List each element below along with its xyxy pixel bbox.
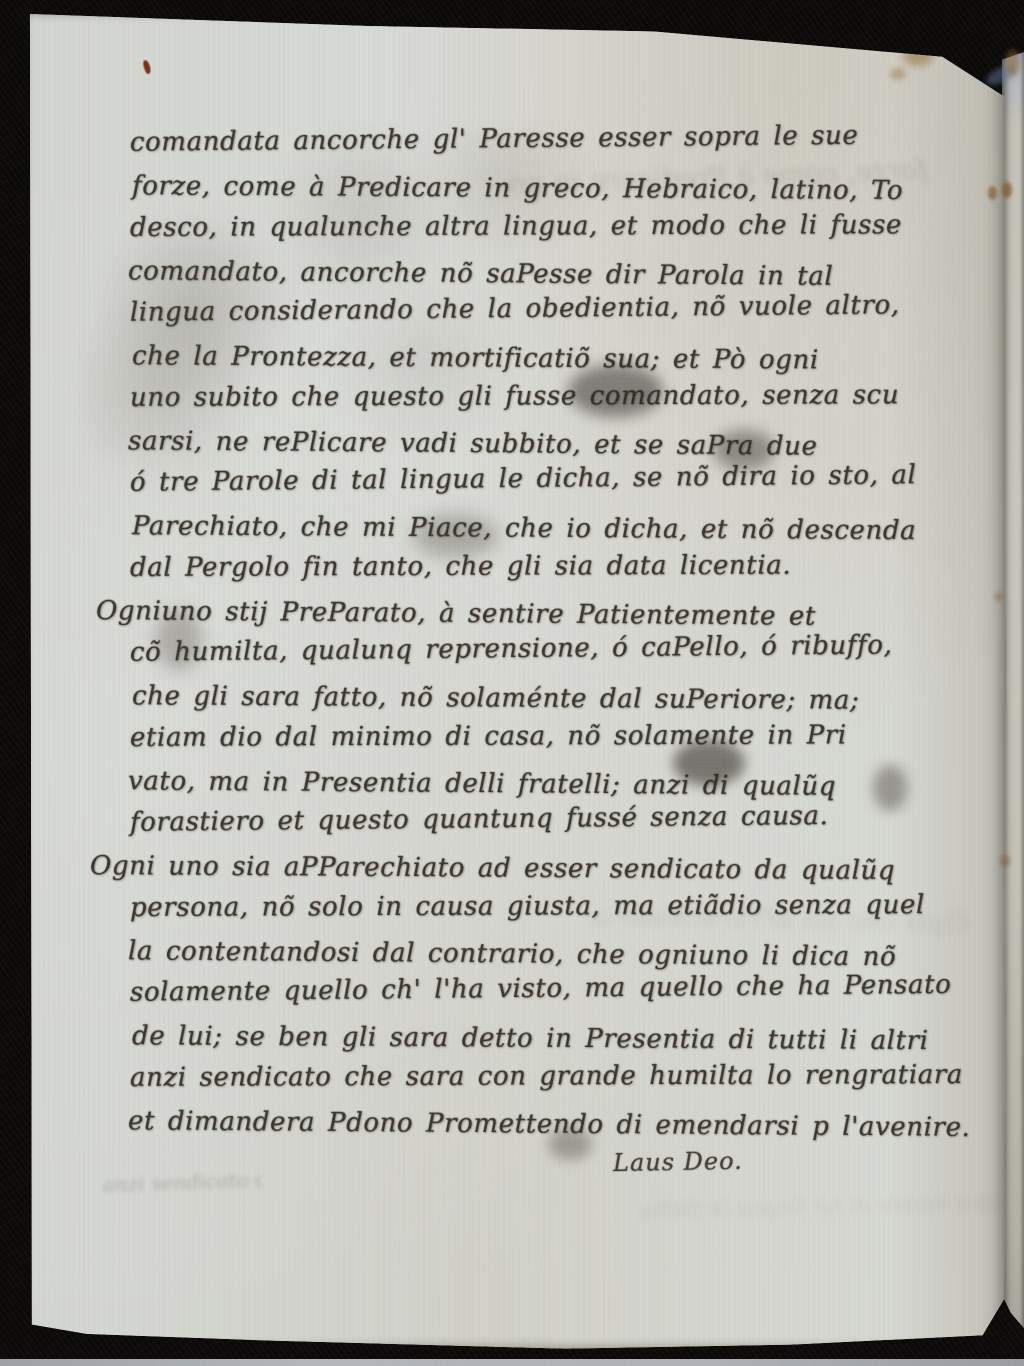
manuscript-line: anzi sendicato che sara con grande humil… <box>98 1060 908 1105</box>
manuscript-line: solamente quello ch' l'ha visto, ma quel… <box>98 970 908 1020</box>
manuscript-page: forze, come à Predicare in greco, Hebrai… <box>28 10 1006 1350</box>
manuscript-line: ó tre Parole di tal lingua le dicha, se … <box>98 460 908 510</box>
scanner-edge-strip <box>0 1359 1024 1366</box>
brown-stain <box>890 68 906 80</box>
bleed-through-text: ó tre Parole di tal lingua le dicha, se … <box>628 1192 1008 1224</box>
colophon-laus-deo: Laus Deo. <box>613 1147 743 1177</box>
manuscript-line: et dimandera Pdono Promettendo di emenda… <box>96 1105 906 1154</box>
manuscript-line: desco, in qualunche altra lingua, et mod… <box>98 210 908 255</box>
manuscript-line: persona, nõ solo in causa giusta, ma eti… <box>98 890 908 935</box>
bleed-through-text: anzi sendicato che sara con grande humil… <box>103 1167 264 1197</box>
manuscript-line: uno subito che questo gli fusse comandat… <box>98 380 908 425</box>
manuscript-line: forastiero et questo quantunq fussé senz… <box>98 800 908 850</box>
manuscript-line: cõ humilta, qualunq reprensione, ó caPel… <box>98 630 908 680</box>
handwritten-text-block: comandata ancorche gl' Paresse esser sop… <box>98 128 908 1148</box>
manuscript-line: etiam dio dal minimo di casa, nõ solamen… <box>98 720 908 765</box>
manuscript-line: dal Pergolo fin tanto, che gli sia data … <box>98 550 908 595</box>
manuscript-line: comandata ancorche gl' Paresse esser sop… <box>98 120 908 170</box>
red-ink-mark <box>142 59 152 74</box>
manuscript-line: lingua considerando che la obedientia, n… <box>98 290 908 340</box>
